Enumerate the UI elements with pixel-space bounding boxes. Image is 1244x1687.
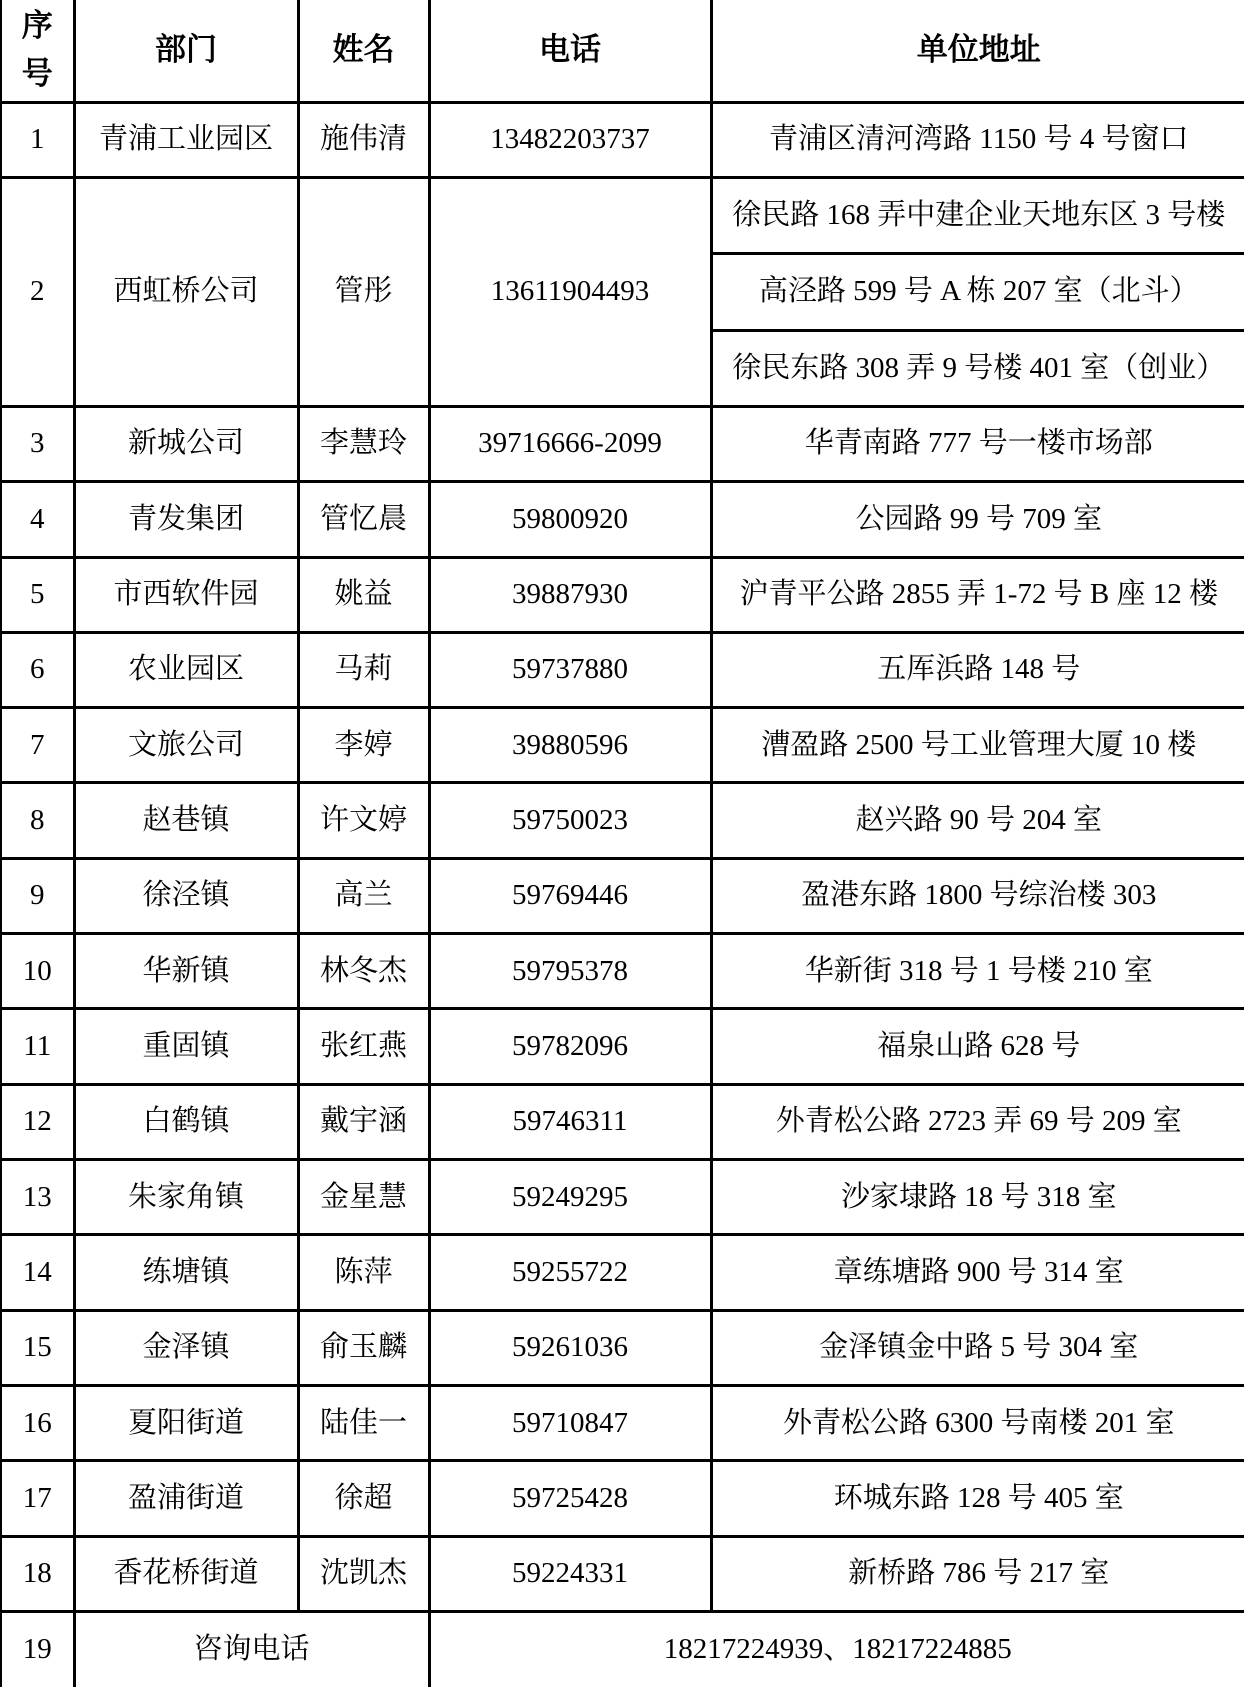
cell-name: 高兰 <box>298 858 429 933</box>
cell-no: 12 <box>1 1084 74 1159</box>
table-row: 6 农业园区 马莉 59737880 五厍浜路 148 号 <box>1 632 1244 707</box>
table-row: 12 白鹤镇 戴宇涵 59746311 外青松公路 2723 弄 69 号 20… <box>1 1084 1244 1159</box>
cell-no: 11 <box>1 1009 74 1084</box>
cell-address: 外青松公路 6300 号南楼 201 室 <box>711 1386 1244 1461</box>
cell-dept: 金泽镇 <box>74 1310 298 1385</box>
cell-dept: 香花桥街道 <box>74 1536 298 1611</box>
header-no-label: 序号 <box>19 2 55 98</box>
cell-name: 陈萍 <box>298 1235 429 1310</box>
table-row: 5 市西软件园 姚益 39887930 沪青平公路 2855 弄 1-72 号 … <box>1 557 1244 632</box>
cell-dept: 徐泾镇 <box>74 858 298 933</box>
cell-address: 福泉山路 628 号 <box>711 1009 1244 1084</box>
cell-dept: 练塘镇 <box>74 1235 298 1310</box>
cell-no: 16 <box>1 1386 74 1461</box>
cell-address: 赵兴路 90 号 204 室 <box>711 783 1244 858</box>
cell-name: 张红燕 <box>298 1009 429 1084</box>
table-row: 7 文旅公司 李婷 39880596 漕盈路 2500 号工业管理大厦 10 楼 <box>1 708 1244 783</box>
cell-no: 3 <box>1 406 74 481</box>
cell-phone: 59249295 <box>429 1160 711 1235</box>
cell-dept: 白鹤镇 <box>74 1084 298 1159</box>
table-row: 10 华新镇 林冬杰 59795378 华新街 318 号 1 号楼 210 室 <box>1 934 1244 1009</box>
cell-no: 17 <box>1 1461 74 1536</box>
footer-row: 19 咨询电话 18217224939、18217224885 <box>1 1612 1244 1687</box>
cell-phone: 39716666-2099 <box>429 406 711 481</box>
header-dept: 部门 <box>74 0 298 102</box>
cell-no: 15 <box>1 1310 74 1385</box>
cell-address: 沪青平公路 2855 弄 1-72 号 B 座 12 楼 <box>711 557 1244 632</box>
cell-address: 华青南路 777 号一楼市场部 <box>711 406 1244 481</box>
table-row: 18 香花桥街道 沈凯杰 59224331 新桥路 786 号 217 室 <box>1 1536 1244 1611</box>
cell-phone: 13611904493 <box>429 177 711 406</box>
cell-address: 公园路 99 号 709 室 <box>711 482 1244 557</box>
cell-phone: 39887930 <box>429 557 711 632</box>
cell-name: 姚益 <box>298 557 429 632</box>
cell-name: 李慧玲 <box>298 406 429 481</box>
cell-address: 章练塘路 900 号 314 室 <box>711 1235 1244 1310</box>
cell-address-3: 徐民东路 308 弄 9 号楼 401 室（创业） <box>711 330 1244 406</box>
cell-phone: 59769446 <box>429 858 711 933</box>
cell-address: 五厍浜路 148 号 <box>711 632 1244 707</box>
header-phone: 电话 <box>429 0 711 102</box>
cell-address: 金泽镇金中路 5 号 304 室 <box>711 1310 1244 1385</box>
cell-name: 沈凯杰 <box>298 1536 429 1611</box>
cell-no: 13 <box>1 1160 74 1235</box>
cell-dept: 朱家角镇 <box>74 1160 298 1235</box>
cell-phone: 59737880 <box>429 632 711 707</box>
table-row: 8 赵巷镇 许文婷 59750023 赵兴路 90 号 204 室 <box>1 783 1244 858</box>
table-row: 2 西虹桥公司 管彤 13611904493 徐民路 168 弄中建企业天地东区… <box>1 177 1244 253</box>
cell-no: 8 <box>1 783 74 858</box>
cell-name: 李婷 <box>298 708 429 783</box>
cell-phone: 59750023 <box>429 783 711 858</box>
cell-name: 陆佳一 <box>298 1386 429 1461</box>
cell-address: 外青松公路 2723 弄 69 号 209 室 <box>711 1084 1244 1159</box>
cell-name: 管彤 <box>298 177 429 406</box>
header-address: 单位地址 <box>711 0 1244 102</box>
contact-table: 序号 部门 姓名 电话 单位地址 1 青浦工业园区 施伟清 1348220373… <box>0 0 1244 1687</box>
cell-no: 1 <box>1 102 74 177</box>
cell-phone: 39880596 <box>429 708 711 783</box>
header-no: 序号 <box>1 0 74 102</box>
table-row: 3 新城公司 李慧玲 39716666-2099 华青南路 777 号一楼市场部 <box>1 406 1244 481</box>
cell-no: 19 <box>1 1612 74 1687</box>
cell-address-1: 徐民路 168 弄中建企业天地东区 3 号楼 <box>711 177 1244 253</box>
cell-dept: 新城公司 <box>74 406 298 481</box>
cell-address: 环城东路 128 号 405 室 <box>711 1461 1244 1536</box>
cell-dept: 青发集团 <box>74 482 298 557</box>
cell-no: 9 <box>1 858 74 933</box>
cell-no: 7 <box>1 708 74 783</box>
cell-phone: 13482203737 <box>429 102 711 177</box>
cell-phone: 59261036 <box>429 1310 711 1385</box>
table-row: 17 盈浦街道 徐超 59725428 环城东路 128 号 405 室 <box>1 1461 1244 1536</box>
cell-no: 18 <box>1 1536 74 1611</box>
table-row: 13 朱家角镇 金星慧 59249295 沙家埭路 18 号 318 室 <box>1 1160 1244 1235</box>
cell-name: 俞玉麟 <box>298 1310 429 1385</box>
cell-address: 漕盈路 2500 号工业管理大厦 10 楼 <box>711 708 1244 783</box>
cell-dept: 西虹桥公司 <box>74 177 298 406</box>
cell-name: 施伟清 <box>298 102 429 177</box>
table-row: 15 金泽镇 俞玉麟 59261036 金泽镇金中路 5 号 304 室 <box>1 1310 1244 1385</box>
footer-phones: 18217224939、18217224885 <box>429 1612 1244 1687</box>
cell-phone: 59746311 <box>429 1084 711 1159</box>
cell-phone: 59224331 <box>429 1536 711 1611</box>
cell-dept: 青浦工业园区 <box>74 102 298 177</box>
cell-phone: 59800920 <box>429 482 711 557</box>
table-row: 1 青浦工业园区 施伟清 13482203737 青浦区清河湾路 1150 号 … <box>1 102 1244 177</box>
cell-phone: 59782096 <box>429 1009 711 1084</box>
cell-phone: 59795378 <box>429 934 711 1009</box>
cell-dept: 华新镇 <box>74 934 298 1009</box>
cell-phone: 59725428 <box>429 1461 711 1536</box>
cell-dept: 重固镇 <box>74 1009 298 1084</box>
cell-no: 6 <box>1 632 74 707</box>
cell-no: 10 <box>1 934 74 1009</box>
header-row: 序号 部门 姓名 电话 单位地址 <box>1 0 1244 102</box>
cell-name: 林冬杰 <box>298 934 429 1009</box>
table-row: 4 青发集团 管忆晨 59800920 公园路 99 号 709 室 <box>1 482 1244 557</box>
cell-dept: 盈浦街道 <box>74 1461 298 1536</box>
cell-no: 14 <box>1 1235 74 1310</box>
cell-no: 2 <box>1 177 74 406</box>
cell-address: 盈港东路 1800 号综治楼 303 <box>711 858 1244 933</box>
cell-address: 沙家埭路 18 号 318 室 <box>711 1160 1244 1235</box>
table-row: 16 夏阳街道 陆佳一 59710847 外青松公路 6300 号南楼 201 … <box>1 1386 1244 1461</box>
cell-no: 4 <box>1 482 74 557</box>
header-name: 姓名 <box>298 0 429 102</box>
cell-name: 许文婷 <box>298 783 429 858</box>
cell-dept: 夏阳街道 <box>74 1386 298 1461</box>
cell-name: 徐超 <box>298 1461 429 1536</box>
cell-dept: 农业园区 <box>74 632 298 707</box>
cell-name: 马莉 <box>298 632 429 707</box>
cell-dept: 文旅公司 <box>74 708 298 783</box>
footer-label: 咨询电话 <box>74 1612 429 1687</box>
cell-phone: 59255722 <box>429 1235 711 1310</box>
table-row: 11 重固镇 张红燕 59782096 福泉山路 628 号 <box>1 1009 1244 1084</box>
cell-phone: 59710847 <box>429 1386 711 1461</box>
cell-name: 金星慧 <box>298 1160 429 1235</box>
table-row: 14 练塘镇 陈萍 59255722 章练塘路 900 号 314 室 <box>1 1235 1244 1310</box>
cell-no: 5 <box>1 557 74 632</box>
cell-dept: 市西软件园 <box>74 557 298 632</box>
cell-address: 青浦区清河湾路 1150 号 4 号窗口 <box>711 102 1244 177</box>
cell-dept: 赵巷镇 <box>74 783 298 858</box>
cell-name: 戴宇涵 <box>298 1084 429 1159</box>
cell-address: 新桥路 786 号 217 室 <box>711 1536 1244 1611</box>
table-row: 9 徐泾镇 高兰 59769446 盈港东路 1800 号综治楼 303 <box>1 858 1244 933</box>
cell-name: 管忆晨 <box>298 482 429 557</box>
cell-address-2: 高泾路 599 号 A 栋 207 室（北斗） <box>711 254 1244 330</box>
cell-address: 华新街 318 号 1 号楼 210 室 <box>711 934 1244 1009</box>
